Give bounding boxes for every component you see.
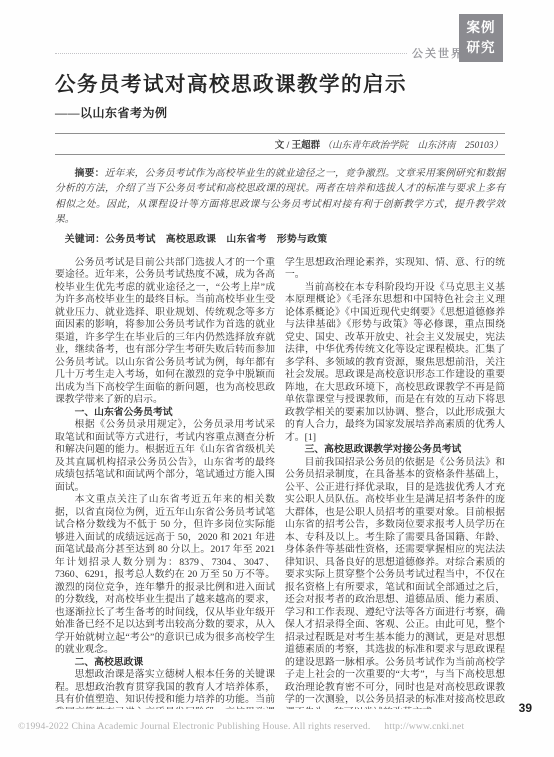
page-number: 39	[519, 701, 532, 715]
body-column-right: 学生思想政治理论素养，实现知、情、意、行的统一。当前高校在本专科阶段均开设《马克…	[285, 257, 505, 709]
abstract-text: 近年来，公务员考试作为高校毕业生的就业途径之一，竞争激烈。文章采用案例研究和数据…	[55, 168, 505, 225]
section-badge: 案例 研究	[459, 14, 503, 62]
byline-author: 文 / 王超群	[275, 141, 320, 151]
header-dotted-rule	[55, 53, 407, 54]
article-content: 公务员考试对高校思政课教学的启示 ——以山东省考为例 文 / 王超群 （山东青年…	[55, 72, 505, 709]
body-columns: 公务员考试是目前公共部门选拔人才的一个重要途径。近年来，公务员考试热度不减，成为…	[55, 257, 505, 709]
body-paragraph: 学生思想政治理论素养，实现知、情、意、行的统一。	[285, 257, 505, 282]
byline: 文 / 王超群 （山东青年政治学院 山东济南 250103）	[55, 133, 505, 155]
copyright-line: ©1994-2022 China Academic Journal Electr…	[18, 721, 538, 732]
keywords: 关键词：公务员考试 高校思政课 山东省考 形势与政策	[55, 231, 505, 245]
byline-affiliation: （山东青年政治学院 山东济南 250103）	[322, 141, 503, 151]
journal-page: 公关世界 案例 研究 公务员考试对高校思政课教学的启示 ——以山东省考为例 文 …	[0, 0, 554, 757]
body-paragraph: 目前我国招录公务员的依据是《公务员法》和公务员招录制度，在具备基本的资格条件基础…	[285, 457, 505, 709]
section-heading: 一、山东省公务员考试	[55, 407, 275, 420]
article-title: 公务员考试对高校思政课教学的启示	[55, 72, 505, 99]
abstract-label: 摘要：	[75, 168, 105, 179]
keywords-label: 关键词：	[65, 234, 105, 245]
cnki-url: http://www.cnki.net	[384, 721, 464, 732]
section-heading: 三、高校思政课教学对接公务员考试	[285, 444, 505, 457]
keywords-text: 公务员考试 高校思政课 山东省考 形势与政策	[105, 234, 327, 245]
body-paragraph: 当前高校在本专科阶段均开设《马克思主义基本原理概论》《毛泽东思想和中国特色社会主…	[285, 282, 505, 445]
body-paragraph: 思想政治课是落实立德树人根本任务的关键课程。思想政治教育贯穿我国的教育人才培养体…	[55, 669, 275, 709]
body-paragraph: 公务员考试是目前公共部门选拔人才的一个重要途径。近年来，公务员考试热度不减，成为…	[55, 257, 275, 407]
body-column-left: 公务员考试是目前公共部门选拔人才的一个重要途径。近年来，公务员考试热度不减，成为…	[55, 257, 275, 709]
journal-name: 公关世界	[412, 45, 464, 61]
body-paragraph: 根据《公务员录用规定》，公务员录用考试采取笔试和面试等方式进行，考试内容重点测查…	[55, 419, 275, 494]
copyright-text: ©1994-2022 China Academic Journal Electr…	[18, 721, 370, 732]
section-badge-line2: 研究	[467, 38, 496, 58]
article-subtitle: ——以山东省考为例	[55, 104, 505, 121]
abstract: 摘要：近年来，公务员考试作为高校毕业生的就业途径之一，竞争激烈。文章采用案例研究…	[55, 166, 505, 228]
section-heading: 二、高校思政课	[55, 657, 275, 670]
body-paragraph: 本文重点关注了山东省考近五年来的相关数据，以省直岗位为例，近五年山东省公务员考试…	[55, 494, 275, 657]
section-badge-line1: 案例	[467, 18, 496, 38]
